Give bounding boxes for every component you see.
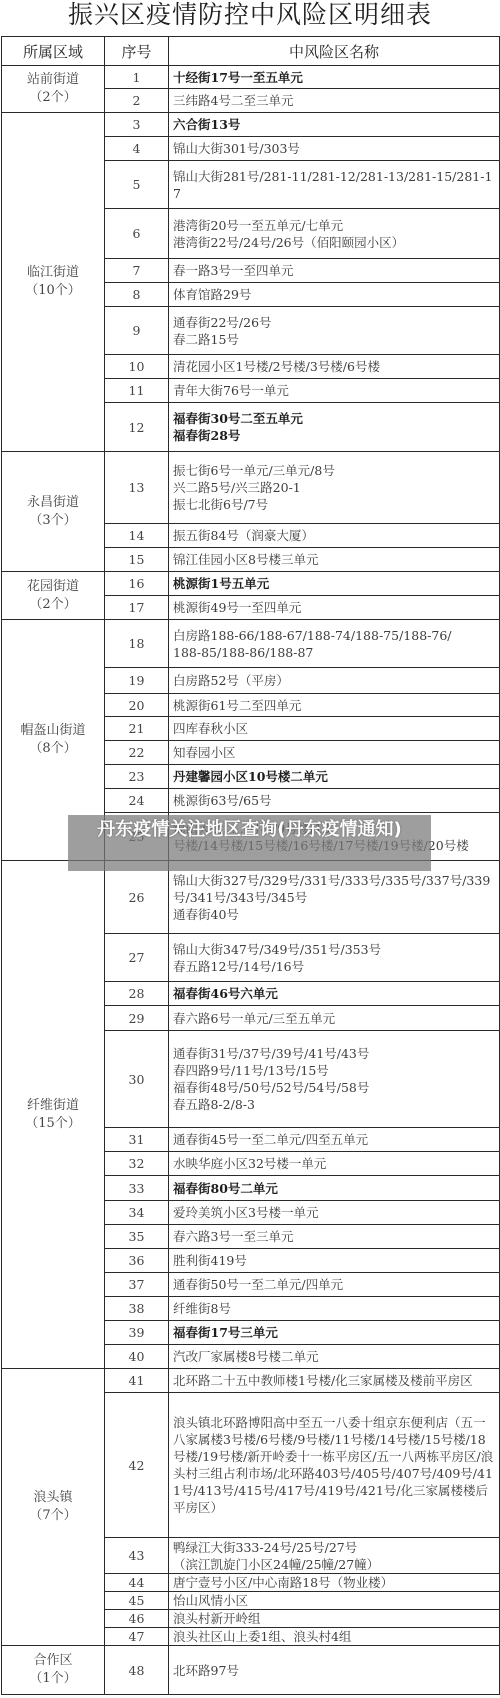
row-number: 36 [105,1249,169,1273]
header-number: 序号 [105,37,169,66]
row-number: 8 [105,283,169,307]
risk-area-line: 唐宁壹号小区/中心南路18号（物业楼） [173,1574,495,1591]
risk-area-line: 桃源街63号/65号 [173,792,495,809]
risk-area-line: 锦山大街281号/281-11/281-12/281-13/281-15/281… [173,168,495,202]
risk-area-name: 春六路6号一单元/三至五单元 [169,1006,500,1031]
risk-area-line: 振五街84号（润豪大厦） [173,527,495,544]
risk-area-line: 丹建馨园小区10号楼二单元 [173,768,495,785]
area-name: 花园街道 [2,578,104,596]
risk-area-name: 北环路二十五中教师楼1号楼/化三家属楼及楼前平房区 [169,1369,500,1393]
area-count: （10个） [2,282,104,300]
page-title: 振兴区疫情防控中风险区明细表 [0,0,500,36]
row-number: 30 [105,1031,169,1128]
risk-area-line: 锦山大街347号/349号/351号/353号 [173,941,495,958]
row-number: 48 [105,1646,169,1695]
risk-area-line: 福春街80号二单元 [173,1180,495,1197]
risk-area-line: 桃源街49号一至四单元 [173,599,495,616]
row-number: 34 [105,1201,169,1225]
table-body: 站前街道（2个）1十经街17号一至五单元2三纬路4号二至三单元临江街道（10个）… [2,66,500,1695]
table-row: 永昌街道（3个）13振七街6号一单元/三单元/8号兴二路5号/兴三路20-1振七… [2,452,500,524]
risk-area-line: 兴二路5号/兴三路20-1 [173,479,495,496]
risk-area-line: 188-85/188-86/188-87 [173,644,495,661]
risk-area-line: 桃源街61号二至四单元 [173,697,495,714]
risk-area-line: 水映华庭小区32号楼一单元 [173,1155,495,1172]
risk-area-line: 锦江佳园小区8号楼三单元 [173,551,495,568]
risk-area-line: 三纬路4号二至三单元 [173,92,495,109]
risk-area-name: 通春街45号一至二单元/四至五单元 [169,1128,500,1152]
row-number: 15 [105,548,169,572]
risk-area-name: 唐宁壹号小区/中心南路18号（物业楼） [169,1574,500,1592]
area-count: （8个） [2,740,104,758]
row-number: 38 [105,1297,169,1321]
area-name: 浪头镇 [2,1489,104,1507]
risk-area-line: 浪头镇北环路博阳高中至五一八委十组京东便利店（五一八家属楼3号楼/6号楼/9号楼… [173,1414,495,1516]
table-row: 纤维街道（15个）26锦山大街327号/329号/331号/333号/335号/… [2,861,500,934]
row-number: 1 [105,66,169,89]
row-number: 4 [105,137,169,161]
risk-area-name: 春一路3号一至四单元 [169,259,500,283]
row-number: 43 [105,1538,169,1574]
row-number: 6 [105,209,169,259]
risk-area-line: 春六路3号一至三单元 [173,1228,495,1245]
risk-area-name: 怡山风情小区 [169,1592,500,1610]
risk-area-name: 十经街17号一至五单元 [169,66,500,89]
risk-area-line: 福春街46号六单元 [173,985,495,1002]
risk-area-name: 白房路188-66/188-67/188-74/188-75/188-76/18… [169,620,500,668]
risk-area-line: 港湾街20号一至五单元/七单元 [173,217,495,234]
risk-area-name: 清花园小区1号楼/2号楼/3号楼/6号楼 [169,355,500,379]
risk-area-name: 三纬路4号二至三单元 [169,89,500,113]
risk-area-line: 鸭绿江大街333-24号/25号/27号 [173,1539,495,1556]
risk-area-line: （滨江凯旋门小区24幢/25幢/27幢） [173,1556,495,1573]
row-number: 5 [105,161,169,209]
area-cell: 永昌街道（3个） [2,452,105,572]
risk-area-name: 桃源街63号/65号 [169,789,500,813]
risk-area-line: 通春街40号 [173,906,495,923]
risk-area-name: 浪头镇北环路博阳高中至五一八委十组京东便利店（五一八家属楼3号楼/6号楼/9号楼… [169,1393,500,1538]
area-cell: 纤维街道（15个） [2,861,105,1369]
risk-area-name: 锦山大街301号/303号 [169,137,500,161]
row-number: 23 [105,765,169,789]
risk-area-name: 丹建馨园小区10号楼二单元 [169,765,500,789]
risk-area-name: 胜利街419号 [169,1249,500,1273]
risk-area-name: 浪头社区山上委1组、浪头村4组 [169,1628,500,1646]
risk-area-name: 春六路3号一至三单元 [169,1225,500,1249]
risk-area-name: 鸭绿江大街333-24号/25号/27号（滨江凯旋门小区24幢/25幢/27幢） [169,1538,500,1574]
risk-area-name: 纤维街8号 [169,1297,500,1321]
table-header-row: 所属区域 序号 中风险区名称 [2,37,500,66]
row-number: 45 [105,1592,169,1610]
risk-area-line: 福春街17号三单元 [173,1324,495,1341]
risk-area-line: 桃源街1号五单元 [173,575,495,592]
risk-area-line: 锦山大街327号/329号/331号/333号/335号/337号/339号/3… [173,872,495,906]
risk-area-name: 福春街30号二至五单元福春街28号 [169,403,500,452]
risk-area-line: 春四路9号/11号/13号/15号 [173,1062,495,1079]
risk-area-name: 桃源街1号五单元 [169,572,500,596]
area-cell: 花园街道（2个） [2,572,105,620]
risk-area-name: 通春街50号一至二单元/四单元 [169,1273,500,1297]
area-cell: 临江街道（10个） [2,113,105,452]
risk-area-name: 水映华庭小区32号楼一单元 [169,1152,500,1176]
risk-area-name: 桃源街49号一至四单元 [169,596,500,620]
risk-area-name: 青年大街76号一单元 [169,379,500,403]
row-number: 7 [105,259,169,283]
risk-area-line: 体育馆路29号 [173,286,495,303]
row-number: 44 [105,1574,169,1592]
risk-area-line: 福春街48号/50号/52号/54号/58号 [173,1079,495,1096]
risk-area-name: 锦山大街281号/281-11/281-12/281-13/281-15/281… [169,161,500,209]
risk-area-name: 体育馆路29号 [169,283,500,307]
area-count: （1个） [2,1670,104,1688]
row-number: 2 [105,89,169,113]
row-number: 19 [105,668,169,694]
risk-area-line: 知春园小区 [173,744,495,761]
risk-area-line: 北环路二十五中教师楼1号楼/化三家属楼及楼前平房区 [173,1372,495,1389]
risk-area-line: 北环路97号 [173,1662,495,1679]
row-number: 14 [105,524,169,548]
row-number: 12 [105,403,169,452]
risk-area-line: 胜利街419号 [173,1252,495,1269]
risk-area-line: 春六路6号一单元/三至五单元 [173,1010,495,1027]
risk-area-line: 港湾街22号/24号/26号（佰阳颐园小区） [173,234,495,251]
risk-area-name: 知春园小区 [169,741,500,765]
risk-area-line: 通春街22号/26号 [173,314,495,331]
row-number: 35 [105,1225,169,1249]
area-count: （15个） [2,1115,104,1133]
table-row: 站前街道（2个）1十经街17号一至五单元 [2,66,500,89]
risk-area-line: 春二路15号 [173,331,495,348]
risk-area-line: 十经街17号一至五单元 [173,69,495,86]
risk-area-line: 通春街31号/37号/39号/41号/43号 [173,1045,495,1062]
table-row: 花园街道（2个）16桃源街1号五单元 [2,572,500,596]
risk-area-line: 浪头社区山上委1组、浪头村4组 [173,1628,495,1645]
risk-area-line: 四库春秋小区 [173,720,495,737]
risk-area-line: 通春街50号一至二单元/四单元 [173,1276,495,1293]
risk-area-name: 振五街84号（润豪大厦） [169,524,500,548]
risk-area-line: 振七北街6号/7号 [173,496,495,513]
area-cell: 浪头镇（7个） [2,1369,105,1646]
row-number: 41 [105,1369,169,1393]
row-number: 17 [105,596,169,620]
area-count: （2个） [2,89,104,107]
row-number: 32 [105,1152,169,1176]
risk-area-line: 春五路12号/14号/16号 [173,958,495,975]
row-number: 37 [105,1273,169,1297]
header-name: 中风险区名称 [169,37,500,66]
risk-area-name: 福春街46号六单元 [169,982,500,1006]
area-count: （2个） [2,596,104,614]
risk-area-line: 锦山大街301号/303号 [173,140,495,157]
row-number: 27 [105,934,169,982]
row-number: 33 [105,1176,169,1201]
risk-area-line: 福春街30号二至五单元 [173,410,495,427]
row-number: 21 [105,717,169,741]
area-name: 合作区 [2,1652,104,1670]
risk-area-name: 振七街6号一单元/三单元/8号兴二路5号/兴三路20-1振七北街6号/7号 [169,452,500,524]
row-number: 46 [105,1610,169,1628]
row-number: 24 [105,789,169,813]
area-name: 站前街道 [2,71,104,89]
row-number: 39 [105,1321,169,1345]
risk-area-line: 纤维街8号 [173,1300,495,1317]
risk-area-line: 爱玲美筑小区3号楼一单元 [173,1204,495,1221]
row-number: 28 [105,982,169,1006]
table-row: 帽盔山街道（8个）18白房路188-66/188-67/188-74/188-7… [2,620,500,668]
risk-area-name: 锦山大街327号/329号/331号/333号/335号/337号/339号/3… [169,861,500,934]
risk-area-name: 福春街80号二单元 [169,1176,500,1201]
risk-area-line: 春一路3号一至四单元 [173,262,495,279]
area-cell: 合作区（1个） [2,1646,105,1695]
risk-area-name: 港湾街20号一至五单元/七单元港湾街22号/24号/26号（佰阳颐园小区） [169,209,500,259]
risk-area-name: 福春街17号三单元 [169,1321,500,1345]
risk-area-name: 北环路97号 [169,1646,500,1695]
row-number: 31 [105,1128,169,1152]
risk-area-name: 汽改厂家属楼8号楼二单元 [169,1345,500,1369]
risk-area-name: 白房路52号（平房） [169,668,500,694]
risk-area-name: 通春街22号/26号春二路15号 [169,307,500,355]
risk-area-name: 锦山大街347号/349号/351号/353号春五路12号/14号/16号 [169,934,500,982]
area-cell: 站前街道（2个） [2,66,105,113]
risk-area-name: 锦江佳园小区8号楼三单元 [169,548,500,572]
row-number: 3 [105,113,169,137]
row-number: 26 [105,861,169,934]
risk-area-line: 怡山风情小区 [173,1592,495,1609]
risk-area-name: 通春街31号/37号/39号/41号/43号春四路9号/11号/13号/15号福… [169,1031,500,1128]
risk-area-line: 浪头村新开岭组 [173,1610,495,1627]
row-number: 18 [105,620,169,668]
row-number: 40 [105,1345,169,1369]
area-name: 纤维街道 [2,1097,104,1115]
risk-area-line: 白房路52号（平房） [173,672,495,689]
risk-area-line: 通春街45号一至二单元/四至五单元 [173,1131,495,1148]
area-name: 帽盔山街道 [2,722,104,740]
risk-area-name: 六合街13号 [169,113,500,137]
area-count: （7个） [2,1507,104,1525]
risk-area-line: 春五路8-2/8-3 [173,1096,495,1113]
area-count: （3个） [2,512,104,530]
table-row: 浪头镇（7个）41北环路二十五中教师楼1号楼/化三家属楼及楼前平房区 [2,1369,500,1393]
header-area: 所属区域 [2,37,105,66]
table-row: 临江街道（10个）3六合街13号 [2,113,500,137]
area-name: 永昌街道 [2,494,104,512]
risk-area-line: 汽改厂家属楼8号楼二单元 [173,1348,495,1365]
risk-area-line: 振七街6号一单元/三单元/8号 [173,462,495,479]
risk-area-line: 白房路188-66/188-67/188-74/188-75/188-76/ [173,627,495,644]
risk-area-line: 六合街13号 [173,116,495,133]
risk-area-name: 桃源街61号二至四单元 [169,694,500,717]
row-number: 13 [105,452,169,524]
row-number: 29 [105,1006,169,1031]
row-number: 16 [105,572,169,596]
risk-area-name: 四库春秋小区 [169,717,500,741]
row-number: 11 [105,379,169,403]
area-name: 临江街道 [2,264,104,282]
caption-overlay-text: 丹东疫情关注地区查询(丹东疫情通知) [68,815,431,841]
row-number: 10 [105,355,169,379]
row-number: 42 [105,1393,169,1538]
row-number: 9 [105,307,169,355]
row-number: 22 [105,741,169,765]
row-number: 47 [105,1628,169,1646]
table-row: 合作区（1个）48北环路97号 [2,1646,500,1695]
risk-area-line: 青年大街76号一单元 [173,382,495,399]
row-number: 20 [105,694,169,717]
risk-area-line: 福春街28号 [173,427,495,444]
risk-area-name: 爱玲美筑小区3号楼一单元 [169,1201,500,1225]
risk-area-line: 清花园小区1号楼/2号楼/3号楼/6号楼 [173,358,495,375]
risk-area-name: 浪头村新开岭组 [169,1610,500,1628]
